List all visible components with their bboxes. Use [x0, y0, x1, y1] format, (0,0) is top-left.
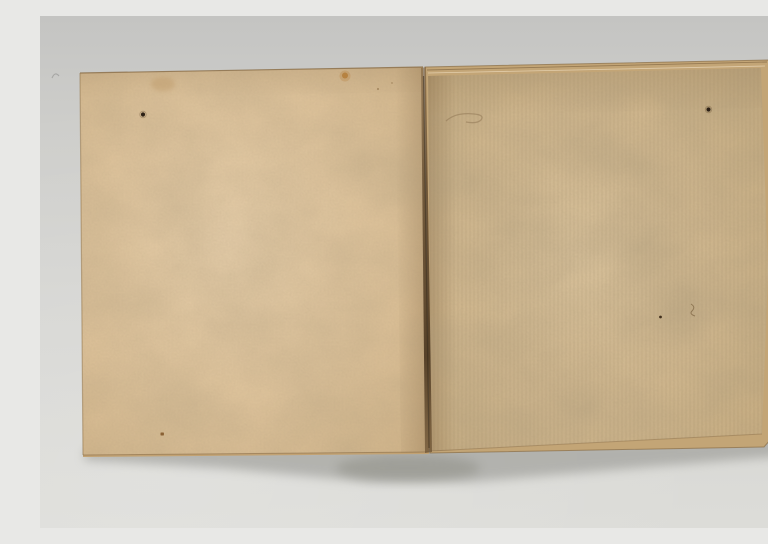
right-page-grain	[428, 68, 768, 451]
stain-top	[342, 73, 348, 79]
left-page-grain	[80, 67, 429, 455]
wormhole-left	[141, 112, 145, 116]
open-book	[80, 60, 768, 457]
speck-bottom-left-page	[161, 433, 164, 436]
speck-left-b	[391, 82, 393, 84]
book-photo-canvas	[40, 16, 768, 528]
shadow-spine-blob	[336, 455, 480, 481]
speck-left-a	[377, 88, 379, 90]
smudge-left-top	[151, 77, 175, 91]
speck-right	[659, 316, 662, 319]
wormhole-right	[706, 107, 710, 111]
book-photograph	[40, 16, 768, 528]
